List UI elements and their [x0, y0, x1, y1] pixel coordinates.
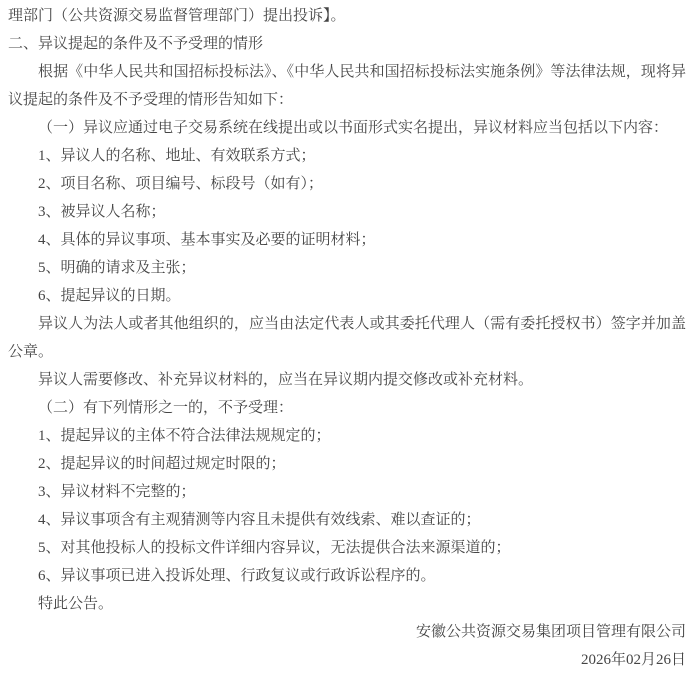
paragraph-closing: 特此公告。	[8, 590, 686, 618]
subsection-two-heading: （二）有下列情形之一的，不予受理：	[8, 394, 686, 422]
list-item: 2、项目名称、项目编号、标段号（如有）；	[8, 170, 686, 198]
list-item: 6、异议事项已进入投诉处理、行政复议或行政诉讼程序的。	[8, 562, 686, 590]
subsection-one-heading: （一）异议应通过电子交易系统在线提出或以书面形式实名提出，异议材料应当包括以下内…	[8, 114, 686, 142]
signature-organization: 安徽公共资源交易集团项目管理有限公司	[8, 618, 686, 646]
notice-document: 理部门（公共资源交易监督管理部门）提出投诉】。 二、异议提起的条件及不予受理的情…	[0, 0, 694, 680]
paragraph-amendment: 异议人需要修改、补充异议材料的，应当在异议期内提交修改或补充材料。	[8, 366, 686, 394]
signature-date: 2026年02月26日	[8, 646, 686, 674]
list-item: 1、提起异议的主体不符合法律法规规定的；	[8, 422, 686, 450]
list-item: 4、异议事项含有主观猜测等内容且未提供有效线索、难以查证的；	[8, 506, 686, 534]
list-item: 1、异议人的名称、地址、有效联系方式；	[8, 142, 686, 170]
paragraph-legal-basis: 根据《中华人民共和国招标投标法》、《中华人民共和国招标投标法实施条例》等法律法规…	[8, 58, 686, 114]
list-item: 2、提起异议的时间超过规定时限的；	[8, 450, 686, 478]
section-heading: 二、异议提起的条件及不予受理的情形	[8, 30, 686, 58]
paragraph-continuation: 理部门（公共资源交易监督管理部门）提出投诉】。	[8, 2, 686, 30]
list-item: 5、对其他投标人的投标文件详细内容异议，无法提供合法来源渠道的；	[8, 534, 686, 562]
list-item: 3、异议材料不完整的；	[8, 478, 686, 506]
list-item: 5、明确的请求及主张；	[8, 254, 686, 282]
paragraph-signing-requirement: 异议人为法人或者其他组织的，应当由法定代表人或其委托代理人（需有委托授权书）签字…	[8, 310, 686, 366]
list-item: 6、提起异议的日期。	[8, 282, 686, 310]
list-item: 3、被异议人名称；	[8, 198, 686, 226]
list-item: 4、具体的异议事项、基本事实及必要的证明材料；	[8, 226, 686, 254]
